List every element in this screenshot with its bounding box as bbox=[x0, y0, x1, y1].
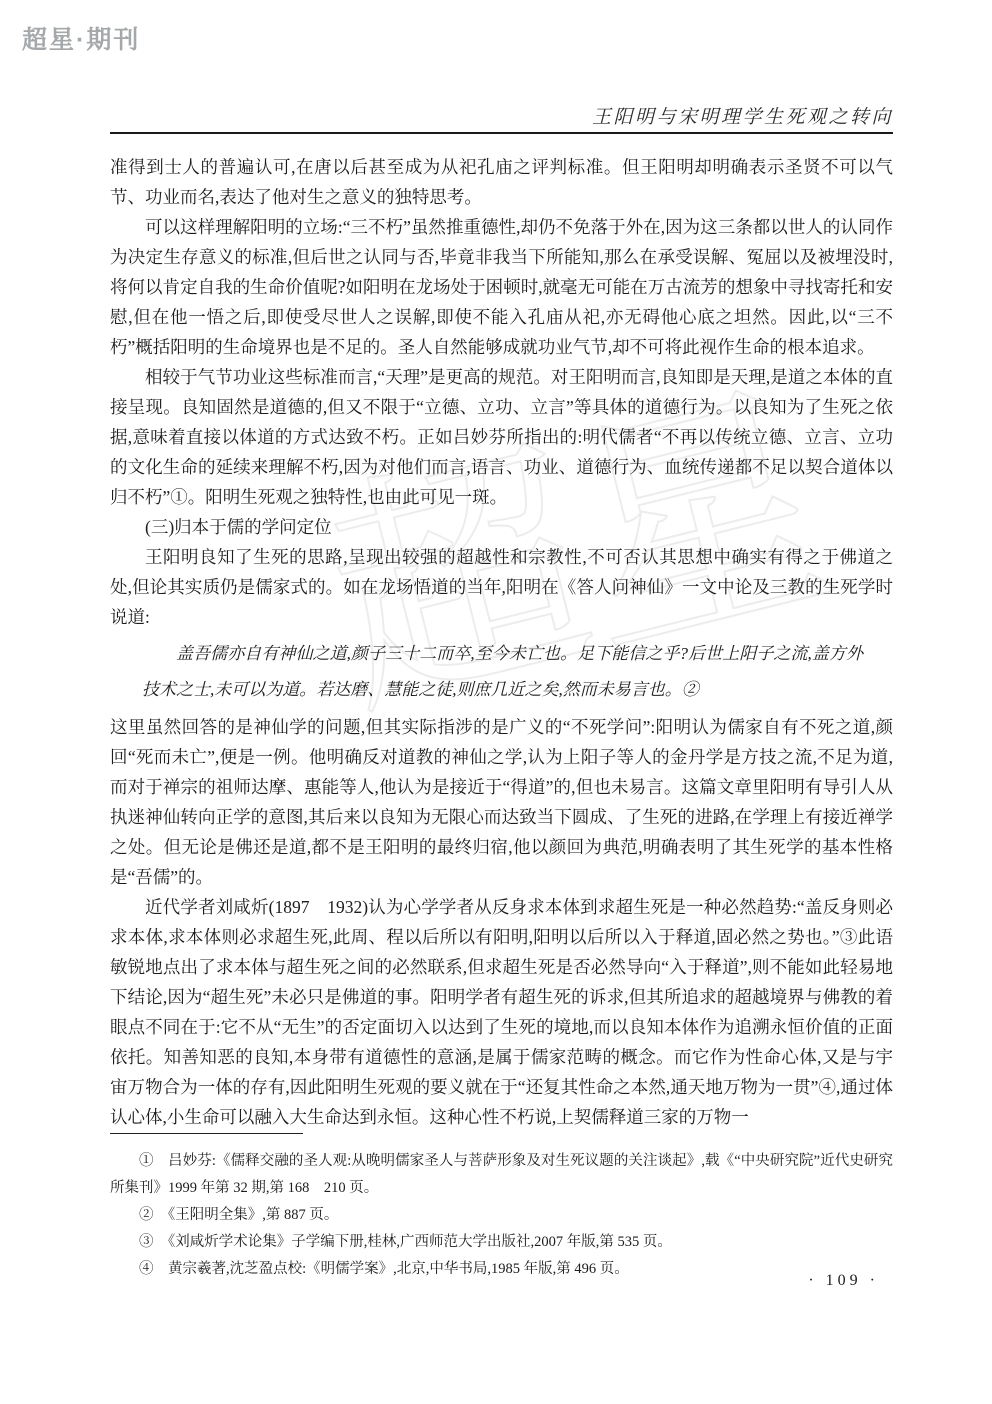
paragraph: 这里虽然回答的是神仙学的问题,但其实际指涉的是广义的“不死学问”:阳明认为儒家自… bbox=[110, 712, 893, 892]
paragraph: 相较于气节功业这些标准而言,“天理”是更高的规范。对王阳明而言,良知即是天理,是… bbox=[110, 362, 893, 512]
journal-page: 超星·期刊 超星 王阳明与宋明理学生死观之转向 准得到士人的普遍认可,在唐以后甚… bbox=[0, 0, 992, 1404]
footnote: ② 《王阳明全集》,第 887 页。 bbox=[110, 1202, 893, 1229]
running-header-title: 王阳明与宋明理学生死观之转向 bbox=[110, 102, 893, 129]
paragraph: 准得到士人的普遍认可,在唐以后甚至成为从祀孔庙之评判标准。但王阳明却明确表示圣贤… bbox=[110, 152, 893, 212]
paragraph: 可以这样理解阳明的立场:“三不朽”虽然推重德性,却仍不免落于外在,因为这三条都以… bbox=[110, 212, 893, 362]
blockquote: 盖吾儒亦自有神仙之道,颜子三十二而卒,至今未亡也。足下能信之乎?后世上阳子之流,… bbox=[142, 636, 863, 708]
footnote: ③ 《刘咸炘学术论集》子学编下册,桂林,广西师范大学出版社,2007 年版,第 … bbox=[110, 1229, 893, 1256]
footnote-divider bbox=[110, 1133, 303, 1134]
footnotes: ① 吕妙芬:《儒释交融的圣人观:从晚明儒家圣人与菩萨形象及对生死议题的关注谈起》… bbox=[110, 1148, 893, 1283]
page-number: · 109 · bbox=[110, 1272, 893, 1290]
footnote: ① 吕妙芬:《儒释交融的圣人观:从晚明儒家圣人与菩萨形象及对生死议题的关注谈起》… bbox=[110, 1148, 893, 1202]
paragraph: 王阳明良知了生死的思路,呈现出较强的超越性和宗教性,不可否认其思想中确实有得之于… bbox=[110, 542, 893, 632]
article-body: 准得到士人的普遍认可,在唐以后甚至成为从祀孔庙之评判标准。但王阳明却明确表示圣贤… bbox=[110, 152, 893, 1132]
section-heading: (三)归本于儒的学问定位 bbox=[110, 512, 893, 542]
chaoxing-journal-logo: 超星·期刊 bbox=[22, 20, 140, 56]
paragraph: 近代学者刘咸炘(1897 1932)认为心学学者从反身求本体到求超生死是一种必然… bbox=[110, 892, 893, 1132]
header-divider bbox=[110, 132, 893, 134]
